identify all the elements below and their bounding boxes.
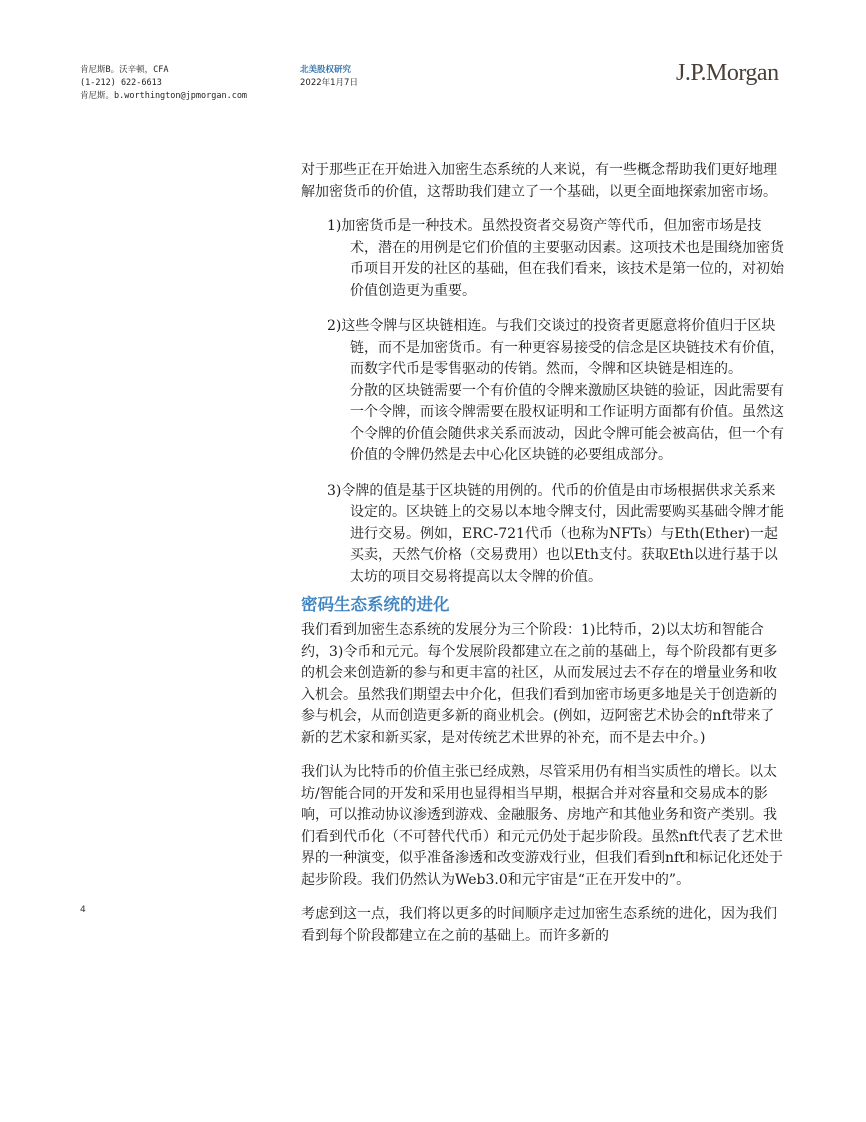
jpmorgan-logo: J.P.Morgan [676, 60, 779, 87]
page-number: 4 [80, 905, 86, 915]
section-title: 密码生态系统的进化 [301, 594, 787, 616]
list-item-2: 2)这些令牌与区块链相连。与我们交谈过的投资者更愿意将价值归于区块链，而不是加密… [327, 316, 787, 467]
report-meta: 北美股权研究 2022年1月7日 [300, 64, 358, 90]
author-name: 肯尼斯B。沃辛顿，CFA [80, 64, 247, 77]
list-item-continuation: 分散的区块链需要一个有价值的令牌来激励区块链的验证，因此需要有一个令牌，而该令牌… [350, 381, 787, 467]
list-item-text: 3)令牌的值是基于区块链的用例的。代币的价值是由市场根据供求关系来设定的。区块链… [327, 483, 784, 585]
main-content: 对于那些正在开始进入加密生态系统的人来说，有一些概念帮助我们更好地理解加密货币的… [301, 160, 787, 960]
list-item-3: 3)令牌的值是基于区块链的用例的。代币的价值是由市场根据供求关系来设定的。区块链… [327, 481, 787, 589]
section-paragraph-2: 我们认为比特币的价值主张已经成熟，尽管采用仍有相当实质性的增长。以太坊/智能合同… [301, 762, 787, 891]
report-date: 2022年1月7日 [300, 77, 358, 90]
section-paragraph-1: 我们看到加密生态系统的发展分为三个阶段：1)比特币，2)以太坊和智能合约，3)令… [301, 620, 787, 749]
list-item-1: 1)加密货币是一种技术。虽然投资者交易资产等代币，但加密市场是技术，潜在的用例是… [327, 216, 787, 302]
author-info: 肯尼斯B。沃辛顿，CFA (1-212) 622-6613 肯尼斯。b.wort… [80, 64, 247, 103]
intro-paragraph: 对于那些正在开始进入加密生态系统的人来说，有一些概念帮助我们更好地理解加密货币的… [301, 160, 787, 203]
list-item-text: 2)这些令牌与区块链相连。与我们交谈过的投资者更愿意将价值归于区块链，而不是加密… [350, 316, 787, 381]
author-phone: (1-212) 622-6613 [80, 77, 247, 90]
department-label: 北美股权研究 [300, 64, 358, 77]
section-paragraph-3: 考虑到这一点，我们将以更多的时间顺序走过加密生态系统的进化，因为我们看到每个阶段… [301, 904, 787, 947]
list-item-text: 1)加密货币是一种技术。虽然投资者交易资产等代币，但加密市场是技术，潜在的用例是… [327, 218, 784, 299]
author-email[interactable]: 肯尼斯。b.worthington@jpmorgan.com [80, 90, 247, 103]
